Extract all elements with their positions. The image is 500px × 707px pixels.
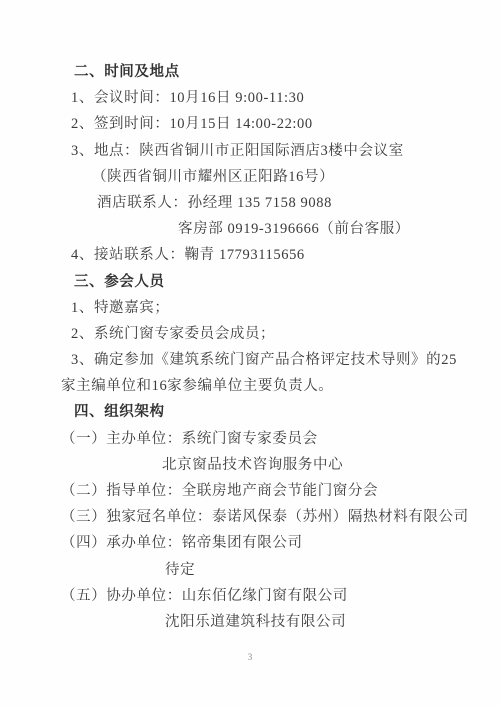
line-guidance-unit: （二）指导单位：全联房地产商会节能门窗分会 xyxy=(0,478,500,504)
line-committee-members: 2、系统门窗专家委员会成员； xyxy=(0,321,500,347)
line-pickup-contact: 4、接站联系人：鞠青 17793115656 xyxy=(0,242,500,268)
line-meeting-time: 1、会议时间：10月16日 9:00-11:30 xyxy=(0,85,500,111)
heading-time-and-location: 二、时间及地点 xyxy=(0,59,500,85)
line-invited-guests: 1、特邀嘉宾； xyxy=(0,295,500,321)
heading-organization: 四、组织架构 xyxy=(0,399,500,425)
line-title-sponsor-unit: （三）独家冠名单位：泰诺风保泰（苏州）隔热材料有限公司 xyxy=(0,504,500,530)
line-location-address: （陕西省铜川市耀州区正阳路16号） xyxy=(0,164,500,190)
line-participating-units-1: 3、确定参加《建筑系统门窗产品合格评定技术导则》的25 xyxy=(0,347,500,373)
heading-participants: 三、参会人员 xyxy=(0,269,500,295)
line-participating-units-2: 家主编单位和16家参编单位主要负责人。 xyxy=(0,373,500,399)
line-hotel-contact: 酒店联系人：孙经理 135 7158 9088 xyxy=(0,190,500,216)
line-host-unit: （一）主办单位：系统门窗专家委员会 xyxy=(0,426,500,452)
line-hotel-rooms-dept: 客房部 0919-3196666（前台客服） xyxy=(0,216,500,242)
page-number: 3 xyxy=(0,650,500,664)
line-organizer-unit-2: 待定 xyxy=(0,557,500,583)
line-co-organizer-unit-2: 沈阳乐道建筑科技有限公司 xyxy=(0,609,500,635)
line-co-organizer-unit: （五）协办单位：山东佰亿缘门窗有限公司 xyxy=(0,583,500,609)
line-organizer-unit: （四）承办单位：铭帝集团有限公司 xyxy=(0,530,500,556)
line-location: 3、地点：陕西省铜川市正阳国际酒店3楼中会议室 xyxy=(0,138,500,164)
line-checkin-time: 2、签到时间：10月15日 14:00-22:00 xyxy=(0,111,500,137)
document-page: 二、时间及地点 1、会议时间：10月16日 9:00-11:30 2、签到时间：… xyxy=(0,0,500,707)
document-content: 二、时间及地点 1、会议时间：10月16日 9:00-11:30 2、签到时间：… xyxy=(0,0,500,635)
line-host-unit-2: 北京窗品技术咨询服务中心 xyxy=(0,452,500,478)
